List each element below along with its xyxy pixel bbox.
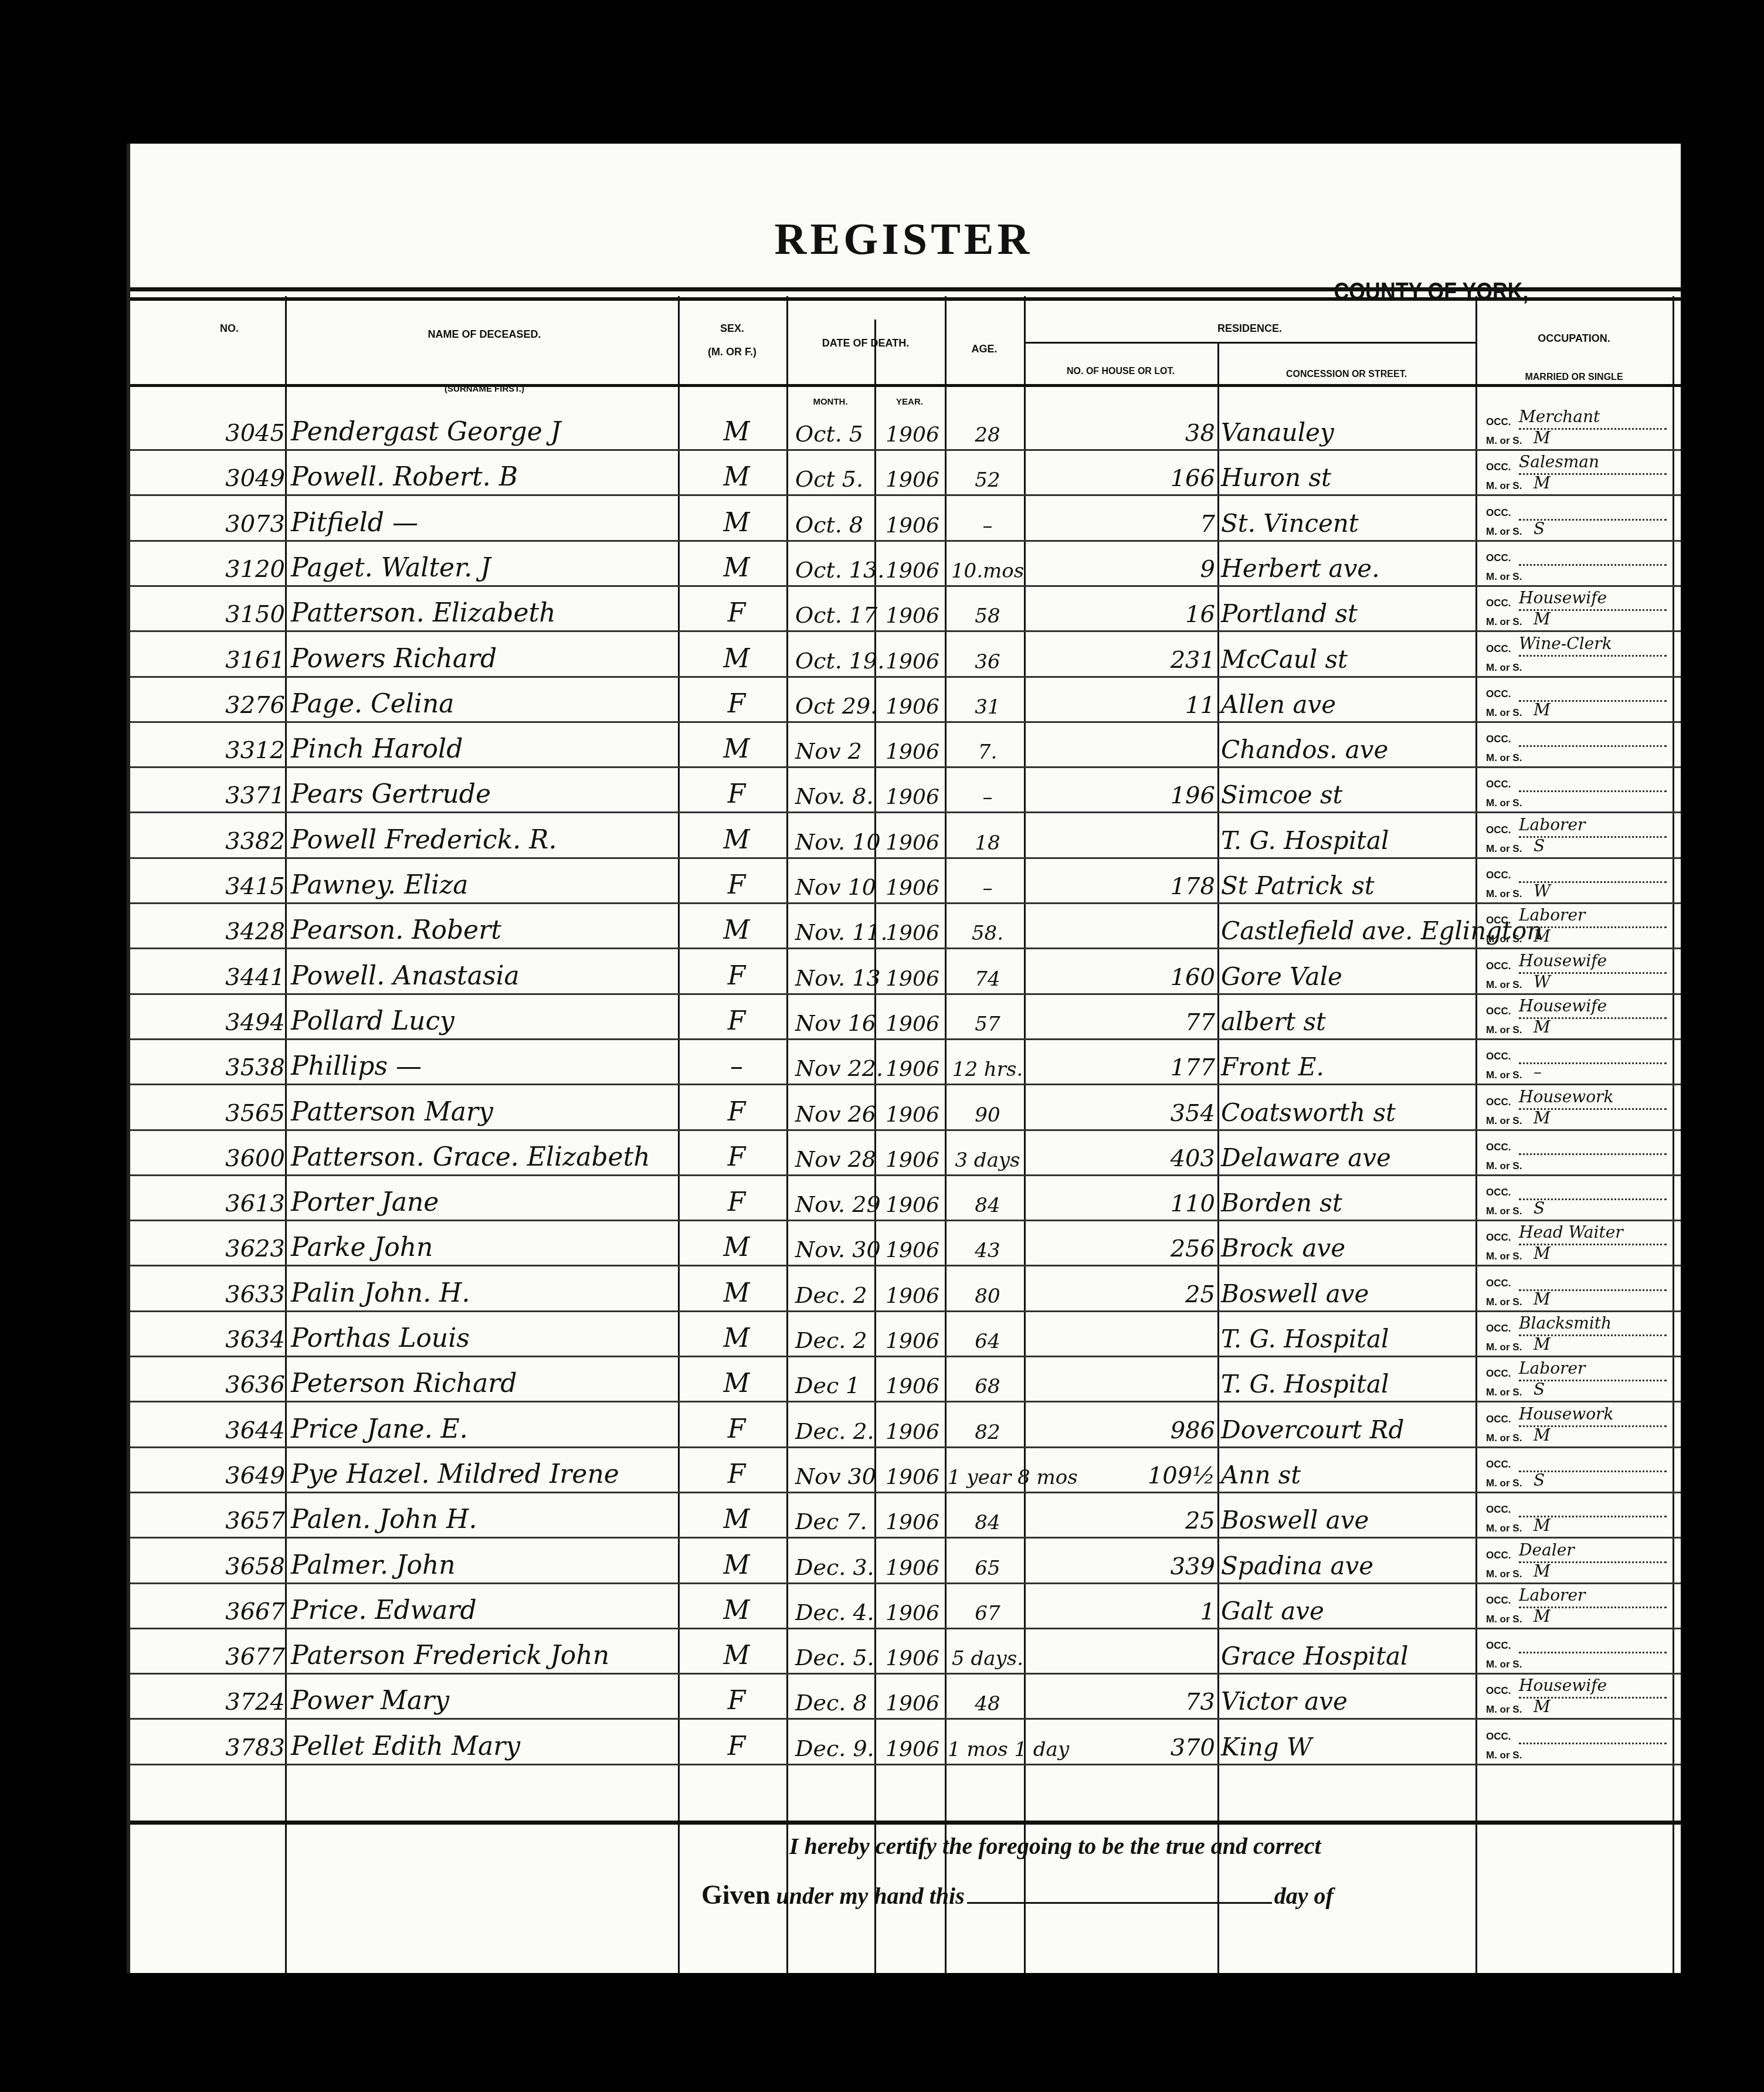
cell-street: Portland st [1221, 599, 1358, 628]
cell-street: Chandos. ave [1221, 735, 1388, 764]
occ-label: OCC. [1486, 733, 1511, 745]
cell-name: Patterson. Grace. Elizabeth [291, 1142, 650, 1172]
table-row: 3724Power MaryFDec. 819064873Victor aveO… [127, 1673, 1681, 1720]
cell-name: Palen. John H. [291, 1505, 477, 1534]
occ-value: Housewife [1519, 951, 1607, 970]
cell-street: McCaul st [1221, 645, 1348, 674]
cell-name: Parke John [291, 1232, 433, 1262]
table-row: 3415Pawney. ElizaFNov 101906–178St Patri… [127, 858, 1681, 904]
occ-value: Dealer [1519, 1540, 1575, 1560]
cell-street: Ann st [1221, 1461, 1301, 1489]
cell-street: St Patrick st [1221, 871, 1375, 900]
cell-age: 64 [948, 1330, 1027, 1353]
cell-house: 7 [1027, 511, 1215, 538]
occ-label: OCC. [1486, 1278, 1511, 1289]
ms-label: M. or S. [1486, 1659, 1522, 1670]
ms-label: M. or S. [1486, 707, 1522, 719]
cell-month: Dec 7. [789, 1509, 883, 1534]
occupation-cell: OCC.Head WaiterM. or S.M [1478, 1220, 1671, 1265]
header-date: Date of Death. [786, 337, 945, 349]
cell-no: 3428 [162, 918, 285, 945]
cell-year: 1906 [877, 423, 948, 447]
cell-house: 160 [1027, 964, 1215, 991]
cell-month: Nov. 13 [789, 965, 883, 991]
occ-value: Blacksmith [1519, 1313, 1612, 1333]
ms-label: M. or S. [1486, 933, 1522, 945]
bottom-rule [127, 1821, 1681, 1825]
occ-dotted-line [1519, 745, 1667, 747]
cell-house: 25 [1027, 1507, 1215, 1534]
table-row: 3658Palmer. JohnMDec. 3.190665339Spadina… [127, 1538, 1681, 1584]
ms-value: S [1534, 836, 1545, 855]
occ-value: Housewife [1519, 1676, 1607, 1695]
occupation-cell: OCC.M. or S.W [1478, 858, 1671, 902]
cell-age: 67 [948, 1602, 1027, 1625]
cell-street: Herbert ave. [1221, 554, 1380, 583]
occ-label: OCC. [1486, 552, 1511, 564]
cell-sex: F [684, 689, 789, 719]
ms-label: M. or S. [1486, 1024, 1522, 1036]
cell-sex: M [684, 1550, 789, 1580]
ms-value: M [1534, 428, 1551, 447]
cell-no: 3613 [162, 1190, 285, 1217]
under-hand-text: under my hand this [776, 1883, 965, 1909]
header-no: No. [185, 322, 273, 335]
day-blank [967, 1902, 1272, 1904]
table-row: 3441Powell. AnastasiaFNov. 13190674160Go… [127, 949, 1681, 995]
cell-sex: F [684, 1459, 789, 1489]
table-row: 3371Pears GertrudeFNov. 8.1906–196Simcoe… [127, 767, 1681, 813]
occ-value: Housewife [1519, 588, 1607, 607]
table-row: 3049Powell. Robert. BMOct 5.190652166Hur… [127, 450, 1681, 496]
occ-label: OCC. [1486, 1368, 1511, 1380]
occ-label: OCC. [1486, 779, 1511, 790]
cell-year: 1906 [877, 1465, 948, 1489]
cell-age: 65 [948, 1557, 1027, 1580]
occ-value: Merchant [1519, 407, 1600, 426]
occ-value: Housework [1519, 1087, 1613, 1106]
occ-dotted-line [1519, 790, 1667, 792]
cell-no: 3634 [162, 1326, 285, 1353]
ms-label: M. or S. [1486, 526, 1522, 538]
top-double-rule [127, 287, 1681, 291]
cell-name: Powell. Robert. B [291, 462, 518, 492]
cell-year: 1906 [877, 1284, 948, 1308]
cell-age: 10.mos [948, 559, 1027, 583]
cell-month: Dec 1 [789, 1373, 883, 1398]
cell-month: Dec. 2 [789, 1282, 883, 1308]
cell-street: Dovercourt Rd [1221, 1415, 1404, 1444]
cell-name: Price Jane. E. [291, 1414, 468, 1444]
cell-house: 370 [1027, 1734, 1215, 1761]
table-row: 3045Pendergast George JMOct. 519062838Va… [127, 405, 1681, 451]
cell-no: 3724 [162, 1689, 285, 1716]
occupation-cell: OCC.DealerM. or S.M [1478, 1538, 1671, 1582]
residence-rule [1024, 342, 1475, 344]
occ-label: OCC. [1486, 870, 1511, 881]
cell-year: 1906 [877, 1692, 948, 1716]
ms-label: M. or S. [1486, 480, 1522, 492]
occupation-cell: OCC.BlacksmithM. or S.M [1478, 1311, 1671, 1356]
cell-month: Dec. 2 [789, 1327, 883, 1353]
cell-no: 3415 [162, 873, 285, 900]
table-row: 3161Powers RichardMOct. 19.190636231McCa… [127, 631, 1681, 678]
table-row: 3073Pitfield —MOct. 81906–7St. VincentOC… [127, 495, 1681, 542]
cell-street: Grace Hospital [1221, 1642, 1409, 1670]
cell-house: 11 [1027, 692, 1215, 719]
page-left-edge [127, 144, 130, 1973]
ms-value: M [1534, 1561, 1551, 1581]
table-row: 3783Pellet Edith MaryFDec. 9.19061 mos 1… [127, 1719, 1681, 1765]
cell-month: Oct. 8 [789, 512, 883, 538]
cell-year: 1906 [877, 1329, 948, 1353]
occupation-cell: OCC.M. or S. [1478, 1719, 1671, 1764]
cell-year: 1906 [877, 831, 948, 855]
cell-name: Porthas Louis [291, 1323, 470, 1353]
cell-age: 58 [948, 604, 1027, 628]
ms-label: M. or S. [1486, 662, 1522, 674]
cell-age: 5 days. [948, 1647, 1027, 1670]
cell-no: 3312 [162, 737, 285, 764]
cell-sex: M [684, 1641, 789, 1670]
cell-street: Vanauley [1221, 418, 1334, 447]
cell-month: Oct. 13. [789, 557, 883, 583]
cell-name: Phillips — [291, 1051, 422, 1081]
occupation-cell: OCC.HousewifeM. or S.M [1478, 586, 1671, 630]
cell-no: 3565 [162, 1100, 285, 1127]
cell-street: Boswell ave [1221, 1506, 1369, 1534]
cell-age: 3 days [948, 1149, 1027, 1172]
cell-age: 74 [948, 967, 1027, 991]
table-row: 3613Porter JaneFNov. 29190684110Borden s… [127, 1175, 1681, 1221]
cell-age: 12 hrs. [948, 1058, 1027, 1081]
occ-label: OCC. [1486, 1096, 1511, 1108]
cell-age: – [948, 514, 1027, 538]
ms-value: M [1534, 1607, 1551, 1626]
header-residence: Residence. [1024, 322, 1475, 335]
occupation-cell: OCC.LaborerM. or S.M [1478, 1583, 1671, 1628]
ms-value: M [1534, 1244, 1551, 1263]
cell-year: 1906 [877, 1646, 948, 1670]
occupation-cell: OCC.SalesmanM. or S.M [1478, 450, 1671, 494]
cell-name: Porter Jane [291, 1187, 439, 1217]
occ-value: Housewife [1519, 996, 1607, 1016]
cell-month: Dec. 3. [789, 1554, 883, 1580]
cell-sex: M [684, 734, 789, 764]
given-line: Given under my hand thisday of [701, 1879, 1334, 1910]
cell-name: Pawney. Eliza [291, 870, 469, 900]
cell-no: 3161 [162, 647, 285, 674]
cell-no: 3633 [162, 1281, 285, 1308]
cell-age: 1 mos 1 day [948, 1738, 1027, 1761]
ms-label: M. or S. [1486, 1387, 1522, 1398]
header-occupation-sub: Married or Single [1475, 372, 1673, 383]
cell-sex: F [684, 1142, 789, 1172]
cell-no: 3371 [162, 782, 285, 809]
ms-value: S [1534, 1470, 1545, 1490]
ms-value: M [1534, 1017, 1551, 1037]
cell-name: Powell. Anastasia [291, 961, 520, 991]
ms-label: M. or S. [1486, 1069, 1522, 1081]
ms-value: S [1534, 1380, 1545, 1399]
ms-label: M. or S. [1486, 1205, 1522, 1217]
cell-name: Patterson Mary [291, 1097, 493, 1127]
cell-house: 178 [1027, 873, 1215, 900]
cell-year: 1906 [877, 1374, 948, 1398]
cell-year: 1906 [877, 514, 948, 538]
occ-label: OCC. [1486, 960, 1511, 972]
table-row: 3276Page. CelinaFOct 29.19063111Allen av… [127, 677, 1681, 723]
cell-age: 28 [948, 423, 1027, 447]
table-row: 3657Palen. John H.MDec 7.19068425Boswell… [127, 1492, 1681, 1539]
ms-value: – [1534, 1062, 1542, 1082]
cell-street: Coatsworth st [1221, 1098, 1396, 1127]
occupation-cell: OCC.M. or S. [1478, 1628, 1671, 1673]
cell-month: Nov 10 [789, 874, 883, 900]
cell-house: 339 [1027, 1553, 1215, 1580]
cell-name: Pellet Edith Mary [291, 1731, 520, 1761]
occ-label: OCC. [1486, 1504, 1511, 1516]
ms-value: M [1534, 1289, 1551, 1309]
occ-dotted-line [1519, 564, 1667, 566]
ms-label: M. or S. [1486, 1750, 1522, 1761]
table-row: 3428Pearson. RobertMNov. 11.190658.Castl… [127, 903, 1681, 949]
cell-month: Dec. 4. [789, 1599, 883, 1625]
table-row: 3677Paterson Frederick JohnMDec. 5.19065… [127, 1628, 1681, 1675]
header-sex: Sex. [678, 322, 786, 335]
occupation-cell: OCC.LaborerM. or S.S [1478, 813, 1671, 857]
cell-street: Simcoe st [1221, 780, 1342, 809]
occ-label: OCC. [1486, 643, 1511, 655]
cell-month: Nov. 8. [789, 783, 883, 809]
occ-label: OCC. [1486, 1459, 1511, 1470]
header-name: Name of Deceased. [291, 328, 678, 341]
cell-sex: M [684, 1505, 789, 1534]
occ-label: OCC. [1486, 824, 1511, 836]
cell-year: 1906 [877, 1148, 948, 1172]
cell-name: Price. Edward [291, 1595, 477, 1625]
cell-house: 986 [1027, 1417, 1215, 1444]
ms-label: M. or S. [1486, 1296, 1522, 1308]
cell-month: Nov. 29 [789, 1191, 883, 1217]
ms-label: M. or S. [1486, 1568, 1522, 1580]
cell-month: Dec. 5. [789, 1645, 883, 1670]
occupation-cell: OCC.M. or S.S [1478, 1175, 1671, 1220]
cell-age: 58. [948, 922, 1027, 945]
occ-label: OCC. [1486, 1731, 1511, 1743]
cell-no: 3658 [162, 1553, 285, 1580]
cell-no: 3494 [162, 1009, 285, 1036]
cell-name: Page. Celina [291, 689, 454, 719]
cell-name: Pinch Harold [291, 734, 463, 764]
occ-value: Laborer [1519, 905, 1585, 925]
occupation-cell: OCC.M. or S. [1478, 1130, 1671, 1174]
ms-label: M. or S. [1486, 1251, 1522, 1262]
cell-sex: M [684, 462, 789, 492]
cell-year: 1906 [877, 559, 948, 583]
cell-year: 1906 [877, 1238, 948, 1262]
ms-label: M. or S. [1486, 752, 1522, 764]
occ-label: OCC. [1486, 1685, 1511, 1697]
cell-name: Pitfield — [291, 508, 418, 538]
cell-street: Borden st [1221, 1188, 1342, 1217]
occ-label: OCC. [1486, 461, 1511, 473]
occ-label: OCC. [1486, 1187, 1511, 1198]
ms-value: M [1534, 1697, 1551, 1716]
cell-no: 3150 [162, 601, 285, 628]
cell-no: 3600 [162, 1145, 285, 1172]
ms-value: M [1534, 609, 1551, 629]
cell-house: 16 [1027, 601, 1215, 628]
cell-street: T. G. Hospital [1221, 1325, 1389, 1353]
occupation-cell: OCC.M. or S.M [1478, 1266, 1671, 1310]
cell-street: Brock ave [1221, 1234, 1345, 1262]
cell-sex: M [684, 1232, 789, 1262]
cell-month: Dec. 9. [789, 1736, 883, 1761]
occ-label: OCC. [1486, 1142, 1511, 1153]
cell-no: 3623 [162, 1235, 285, 1262]
occ-label: OCC. [1486, 1323, 1511, 1334]
certify-text: I hereby certify the foregoing to be the… [789, 1832, 1321, 1860]
table-row: 3120Paget. Walter. JMOct. 13.190610.mos9… [127, 541, 1681, 587]
occ-label: OCC. [1486, 1640, 1511, 1652]
cell-month: Nov 30 [789, 1463, 883, 1489]
cell-house: 110 [1027, 1190, 1215, 1217]
cell-month: Nov 22. [789, 1055, 883, 1081]
cell-age: 57 [948, 1013, 1027, 1036]
cell-house: 1 [1027, 1598, 1215, 1625]
table-row: 3382Powell Frederick. R.MNov. 10190618T.… [127, 813, 1681, 859]
cell-no: 3073 [162, 511, 285, 538]
cell-year: 1906 [877, 785, 948, 809]
table-row: 3494Pollard LucyFNov 1619065777albert st… [127, 994, 1681, 1040]
occupation-cell: OCC.Wine-ClerkM. or S. [1478, 631, 1671, 676]
cell-month: Oct. 17 [789, 602, 883, 628]
cell-no: 3636 [162, 1371, 285, 1398]
ms-value: M [1534, 1516, 1551, 1535]
cell-street: T. G. Hospital [1221, 1370, 1389, 1398]
table-row: 3634Porthas LouisMDec. 2190664T. G. Hosp… [127, 1311, 1681, 1357]
cell-street: King W [1221, 1733, 1312, 1761]
occ-value: Head Waiter [1519, 1222, 1623, 1242]
cell-month: Nov 16 [789, 1010, 883, 1036]
table-row: 3644Price Jane. E.FDec. 2.190682986Dover… [127, 1402, 1681, 1448]
cell-year: 1906 [877, 468, 948, 492]
cell-house: 77 [1027, 1009, 1215, 1036]
cell-month: Oct 29. [789, 693, 883, 719]
cell-year: 1906 [877, 1420, 948, 1444]
cell-sex: F [684, 961, 789, 991]
table-row: 3150Patterson. ElizabethFOct. 1719065816… [127, 586, 1681, 632]
cell-age: 7. [948, 741, 1027, 764]
register-page: REGISTER COUNTY OF YORK, No. Name of Dec… [127, 144, 1681, 1973]
cell-house: 196 [1027, 782, 1215, 809]
table-row: 3623Parke JohnMNov. 30190643256Brock ave… [127, 1220, 1681, 1266]
cell-name: Peterson Richard [291, 1368, 517, 1398]
cell-month: Dec. 2. [789, 1418, 883, 1444]
cell-no: 3441 [162, 964, 285, 991]
ms-label: M. or S. [1486, 1478, 1522, 1489]
table-row: 3538Phillips —–Nov 22.190612 hrs.177Fron… [127, 1039, 1681, 1085]
cell-sex: F [684, 870, 789, 900]
cell-name: Pendergast George J [291, 417, 561, 447]
table-row: 3565Patterson MaryFNov 26190690354Coatsw… [127, 1085, 1681, 1131]
table-row: 3600Patterson. Grace. ElizabethFNov 2819… [127, 1130, 1681, 1176]
occupation-cell: OCC.M. or S. [1478, 722, 1671, 766]
ms-value: W [1534, 881, 1551, 901]
ms-value: M [1534, 1334, 1551, 1354]
cell-age: 82 [948, 1421, 1027, 1444]
cell-year: 1906 [877, 1510, 948, 1534]
occ-value: Laborer [1519, 815, 1585, 834]
cell-age: 90 [948, 1103, 1027, 1127]
cell-name: Paget. Walter. J [291, 553, 491, 583]
occ-value: Laborer [1519, 1359, 1585, 1378]
cell-year: 1906 [877, 876, 948, 900]
cell-sex: F [684, 1731, 789, 1761]
occupation-cell: OCC.M. or S.S [1478, 495, 1671, 540]
occ-value: Wine-Clerk [1519, 634, 1612, 653]
occupation-cell: OCC.M. or S.– [1478, 1039, 1671, 1084]
occ-label: OCC. [1486, 507, 1511, 519]
cell-month: Nov. 30 [789, 1237, 883, 1262]
ms-label: M. or S. [1486, 1614, 1522, 1625]
cell-year: 1906 [877, 1193, 948, 1217]
table-row: 3649Pye Hazel. Mildred IreneFNov 3019061… [127, 1447, 1681, 1493]
occ-label: OCC. [1486, 688, 1511, 700]
header-street: Concession or Street. [1217, 369, 1475, 380]
occupation-cell: OCC.HouseworkM. or S.M [1478, 1085, 1671, 1129]
cell-year: 1906 [877, 695, 948, 719]
cell-age: 68 [948, 1375, 1027, 1398]
cell-age: 48 [948, 1692, 1027, 1716]
occupation-cell: OCC.M. or S.M [1478, 1492, 1671, 1537]
cell-name: Powers Richard [291, 644, 497, 674]
ms-value: M [1534, 700, 1551, 719]
given-word: Given [701, 1880, 771, 1910]
occupation-cell: OCC.M. or S.S [1478, 1447, 1671, 1492]
cell-sex: F [684, 779, 789, 809]
ms-value: W [1534, 972, 1551, 991]
cell-house: 73 [1027, 1689, 1215, 1716]
cell-age: – [948, 786, 1027, 809]
cell-street: Spadina ave [1221, 1551, 1373, 1580]
occ-dotted-line [1519, 1652, 1667, 1653]
cell-sex: M [684, 825, 789, 855]
cell-no: 3677 [162, 1643, 285, 1670]
occ-label: OCC. [1486, 1232, 1511, 1244]
cell-house: 38 [1027, 420, 1215, 447]
cell-house: 231 [1027, 647, 1215, 674]
cell-no: 3667 [162, 1598, 285, 1625]
occupation-cell: OCC.M. or S. [1478, 767, 1671, 811]
header-age: Age. [945, 343, 1024, 355]
cell-month: Nov 26 [789, 1101, 883, 1127]
cell-name: Pollard Lucy [291, 1006, 454, 1036]
cell-sex: M [684, 644, 789, 674]
cell-no: 3657 [162, 1507, 285, 1534]
cell-month: Oct 5. [789, 466, 883, 492]
register-title: REGISTER [127, 214, 1681, 265]
occupation-cell: OCC.MerchantM. or S.M [1478, 405, 1671, 449]
cell-no: 3644 [162, 1417, 285, 1444]
ms-value: M [1534, 926, 1551, 946]
ms-label: M. or S. [1486, 1160, 1522, 1172]
ms-value: S [1534, 1198, 1545, 1218]
cell-street: Victor ave [1221, 1687, 1348, 1716]
ms-label: M. or S. [1486, 571, 1522, 583]
cell-street: St. Vincent [1221, 509, 1359, 538]
